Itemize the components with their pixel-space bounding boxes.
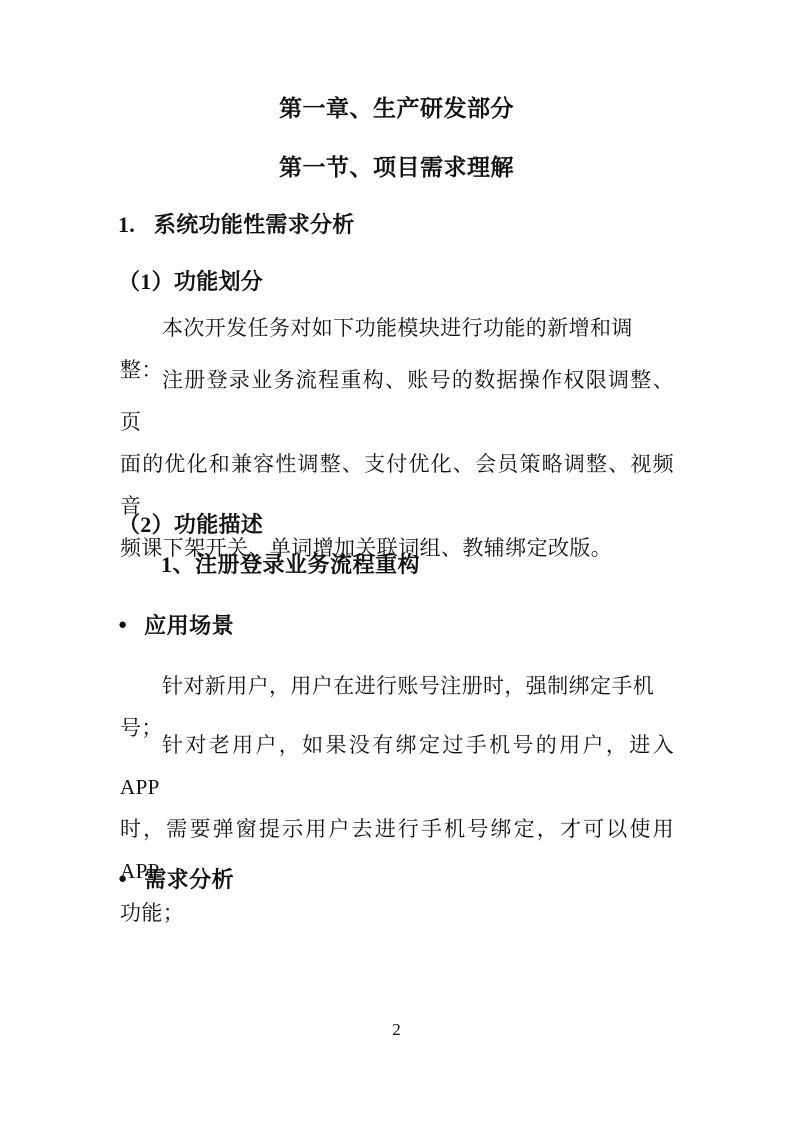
page-number: 2 <box>0 1019 793 1041</box>
paragraph-old-user: 针对老用户，如果没有绑定过手机号的用户，进入 APP 时，需要弹窗提示用户去进行… <box>120 724 674 934</box>
heading-function-division: （1）功能划分 <box>118 268 263 295</box>
chapter-title: 第一章、生产研发部分 <box>0 95 793 123</box>
paragraph-old-user-line: 针对老用户，如果没有绑定过手机号的用户，进入 APP <box>120 724 674 808</box>
heading-function-description: （2）功能描述 <box>118 511 263 538</box>
bullet-application-scenario: ● 应用场景 <box>118 612 234 639</box>
heading-register-login-rebuild: 1、注册登录业务流程重构 <box>161 551 420 578</box>
paragraph-module-list-line: 注册登录业务流程重构、账号的数据操作权限调整、页 <box>120 359 674 443</box>
bullet-application-scenario-label: 应用场景 <box>144 612 234 639</box>
bullet-dot-icon: ● <box>118 612 127 639</box>
bullet-requirement-analysis-label: 需求分析 <box>144 866 234 893</box>
section-title: 第一节、项目需求理解 <box>0 154 793 182</box>
bullet-requirement-analysis: ● 需求分析 <box>118 866 234 893</box>
document-page: 第一章、生产研发部分 第一节、项目需求理解 1. 系统功能性需求分析 （1）功能… <box>0 0 793 1122</box>
heading-system-functional-analysis: 1. 系统功能性需求分析 <box>118 211 355 238</box>
bullet-dot-icon: ● <box>118 866 127 893</box>
paragraph-old-user-line: 功能； <box>120 892 674 934</box>
